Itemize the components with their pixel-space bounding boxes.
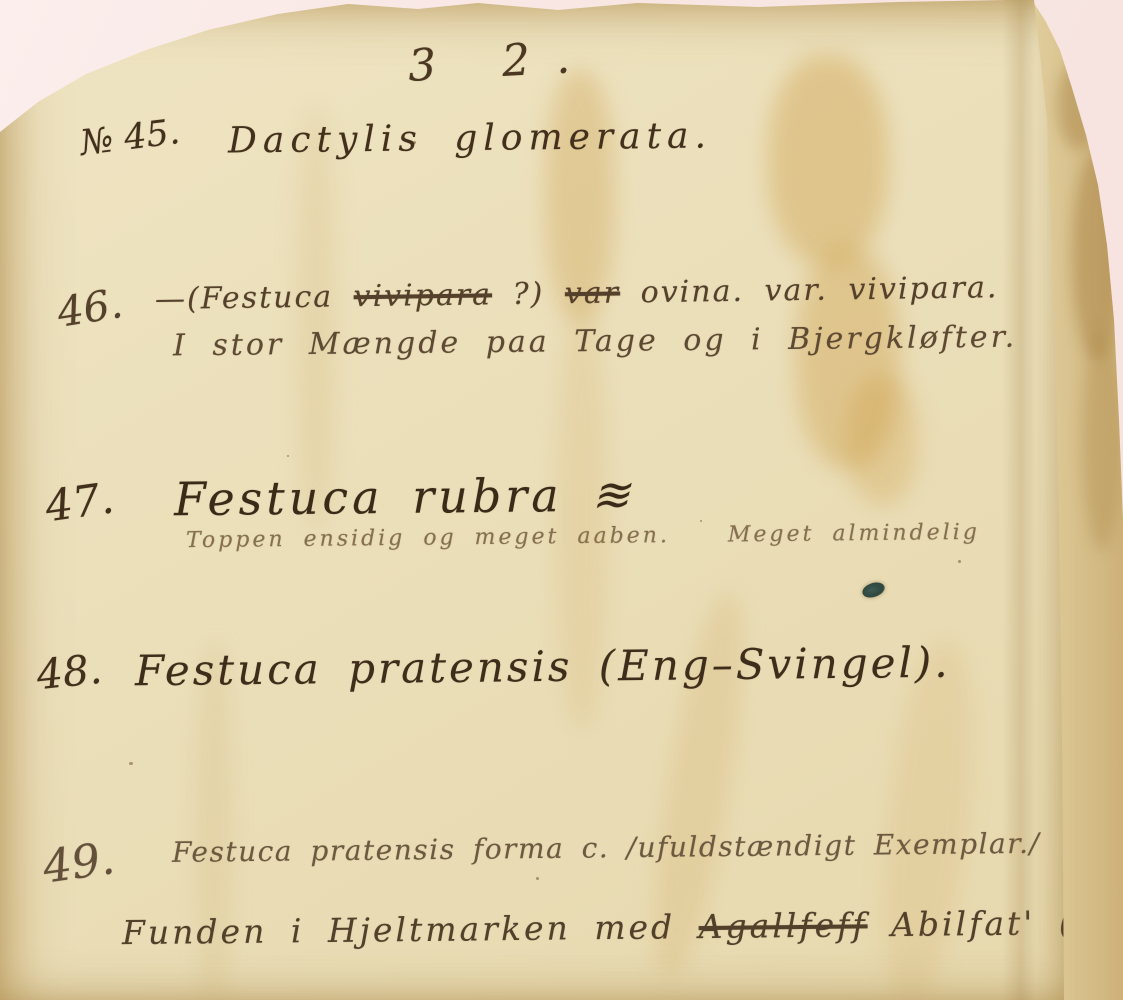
page-number: 3 2.: [407, 31, 597, 92]
entry-title: Dactylis glomerata.: [228, 115, 712, 161]
text-part: Meget almindelig: [728, 520, 980, 548]
entry-47: 47.Festuca rubra ≋Toppen ensidig og mege…: [44, 468, 980, 549]
text-part: —(Festuca: [155, 279, 354, 317]
entry-number: 47.: [42, 473, 117, 532]
entry-number: 48.: [34, 645, 104, 700]
plant-stain: [768, 55, 888, 265]
entry-49: 49.Festuca pratensis forma c. /ufuldstæn…: [42, 830, 1123, 946]
text-part: Funden i Hjeltmarken med: [121, 907, 698, 952]
entry-lines: —(Festuca vivipara ?) var ovina. var. vi…: [155, 276, 1017, 359]
paper-speck: [958, 560, 961, 563]
edge-stain: [1072, 150, 1122, 360]
entry-lines: Festuca rubra ≋Toppen ensidig og meget a…: [174, 468, 980, 549]
text-part: Dactylis glomerata.: [228, 115, 712, 161]
entry-title: Festuca rubra ≋: [174, 464, 980, 526]
edge-stain: [1057, 60, 1102, 150]
text-part: Toppen ensidig og meget aaben.: [186, 523, 670, 553]
entry-number: 49.: [39, 831, 117, 893]
entry-number: 46.: [54, 279, 126, 337]
entry-number: № 45.: [78, 112, 182, 164]
entry-46: 46.—(Festuca vivipara ?) var ovina. var.…: [56, 276, 1017, 359]
text-part: I stor Mængde paa Tage og i Bjergkløfter…: [173, 320, 1018, 364]
manuscript-page: 3 2. № 45.Dactylis glomerata.46.—(Festuc…: [0, 0, 1064, 1000]
paper-speck: [287, 455, 289, 457]
entry-48: 48.Festuca pratensis (Eng–Svingel).: [36, 642, 951, 691]
entry-title: —(Festuca vivipara ?) var ovina. var. vi…: [155, 270, 1018, 317]
entry-lines: Dactylis glomerata.: [228, 118, 712, 159]
entry-note: I stor Mængde paa Tage og i Bjergkløfter…: [173, 320, 1018, 364]
entry-lines: Festuca pratensis forma c. /ufuldstændig…: [172, 830, 1123, 946]
text-part: Festuca pratensis forma c. /ufuldstændig…: [171, 827, 1040, 869]
entry-lines: Festuca pratensis (Eng–Svingel).: [135, 642, 951, 691]
entry-title: Festuca pratensis forma c. /ufuldstændig…: [171, 824, 1123, 869]
edge-stain: [1082, 330, 1122, 550]
text-part: Festuca pratensis (Eng–Svingel).: [135, 638, 951, 696]
entry-title: Festuca pratensis (Eng–Svingel).: [135, 638, 951, 696]
text-part: Festuca rubra ≋: [174, 467, 634, 526]
struck-text: Agallfeff: [698, 905, 867, 946]
struck-text: var: [565, 276, 621, 312]
struck-text: vivipara: [354, 277, 493, 314]
entry-note: Funden i Hjeltmarken med Agallfeff Abilf…: [121, 901, 1123, 952]
entry-45: № 45.Dactylis glomerata.: [80, 118, 712, 159]
text-part: ?): [492, 276, 565, 312]
ink-spot: [860, 580, 886, 600]
text-part: ovina. var. vivipara.: [620, 270, 999, 310]
paper-speck: [129, 762, 133, 765]
